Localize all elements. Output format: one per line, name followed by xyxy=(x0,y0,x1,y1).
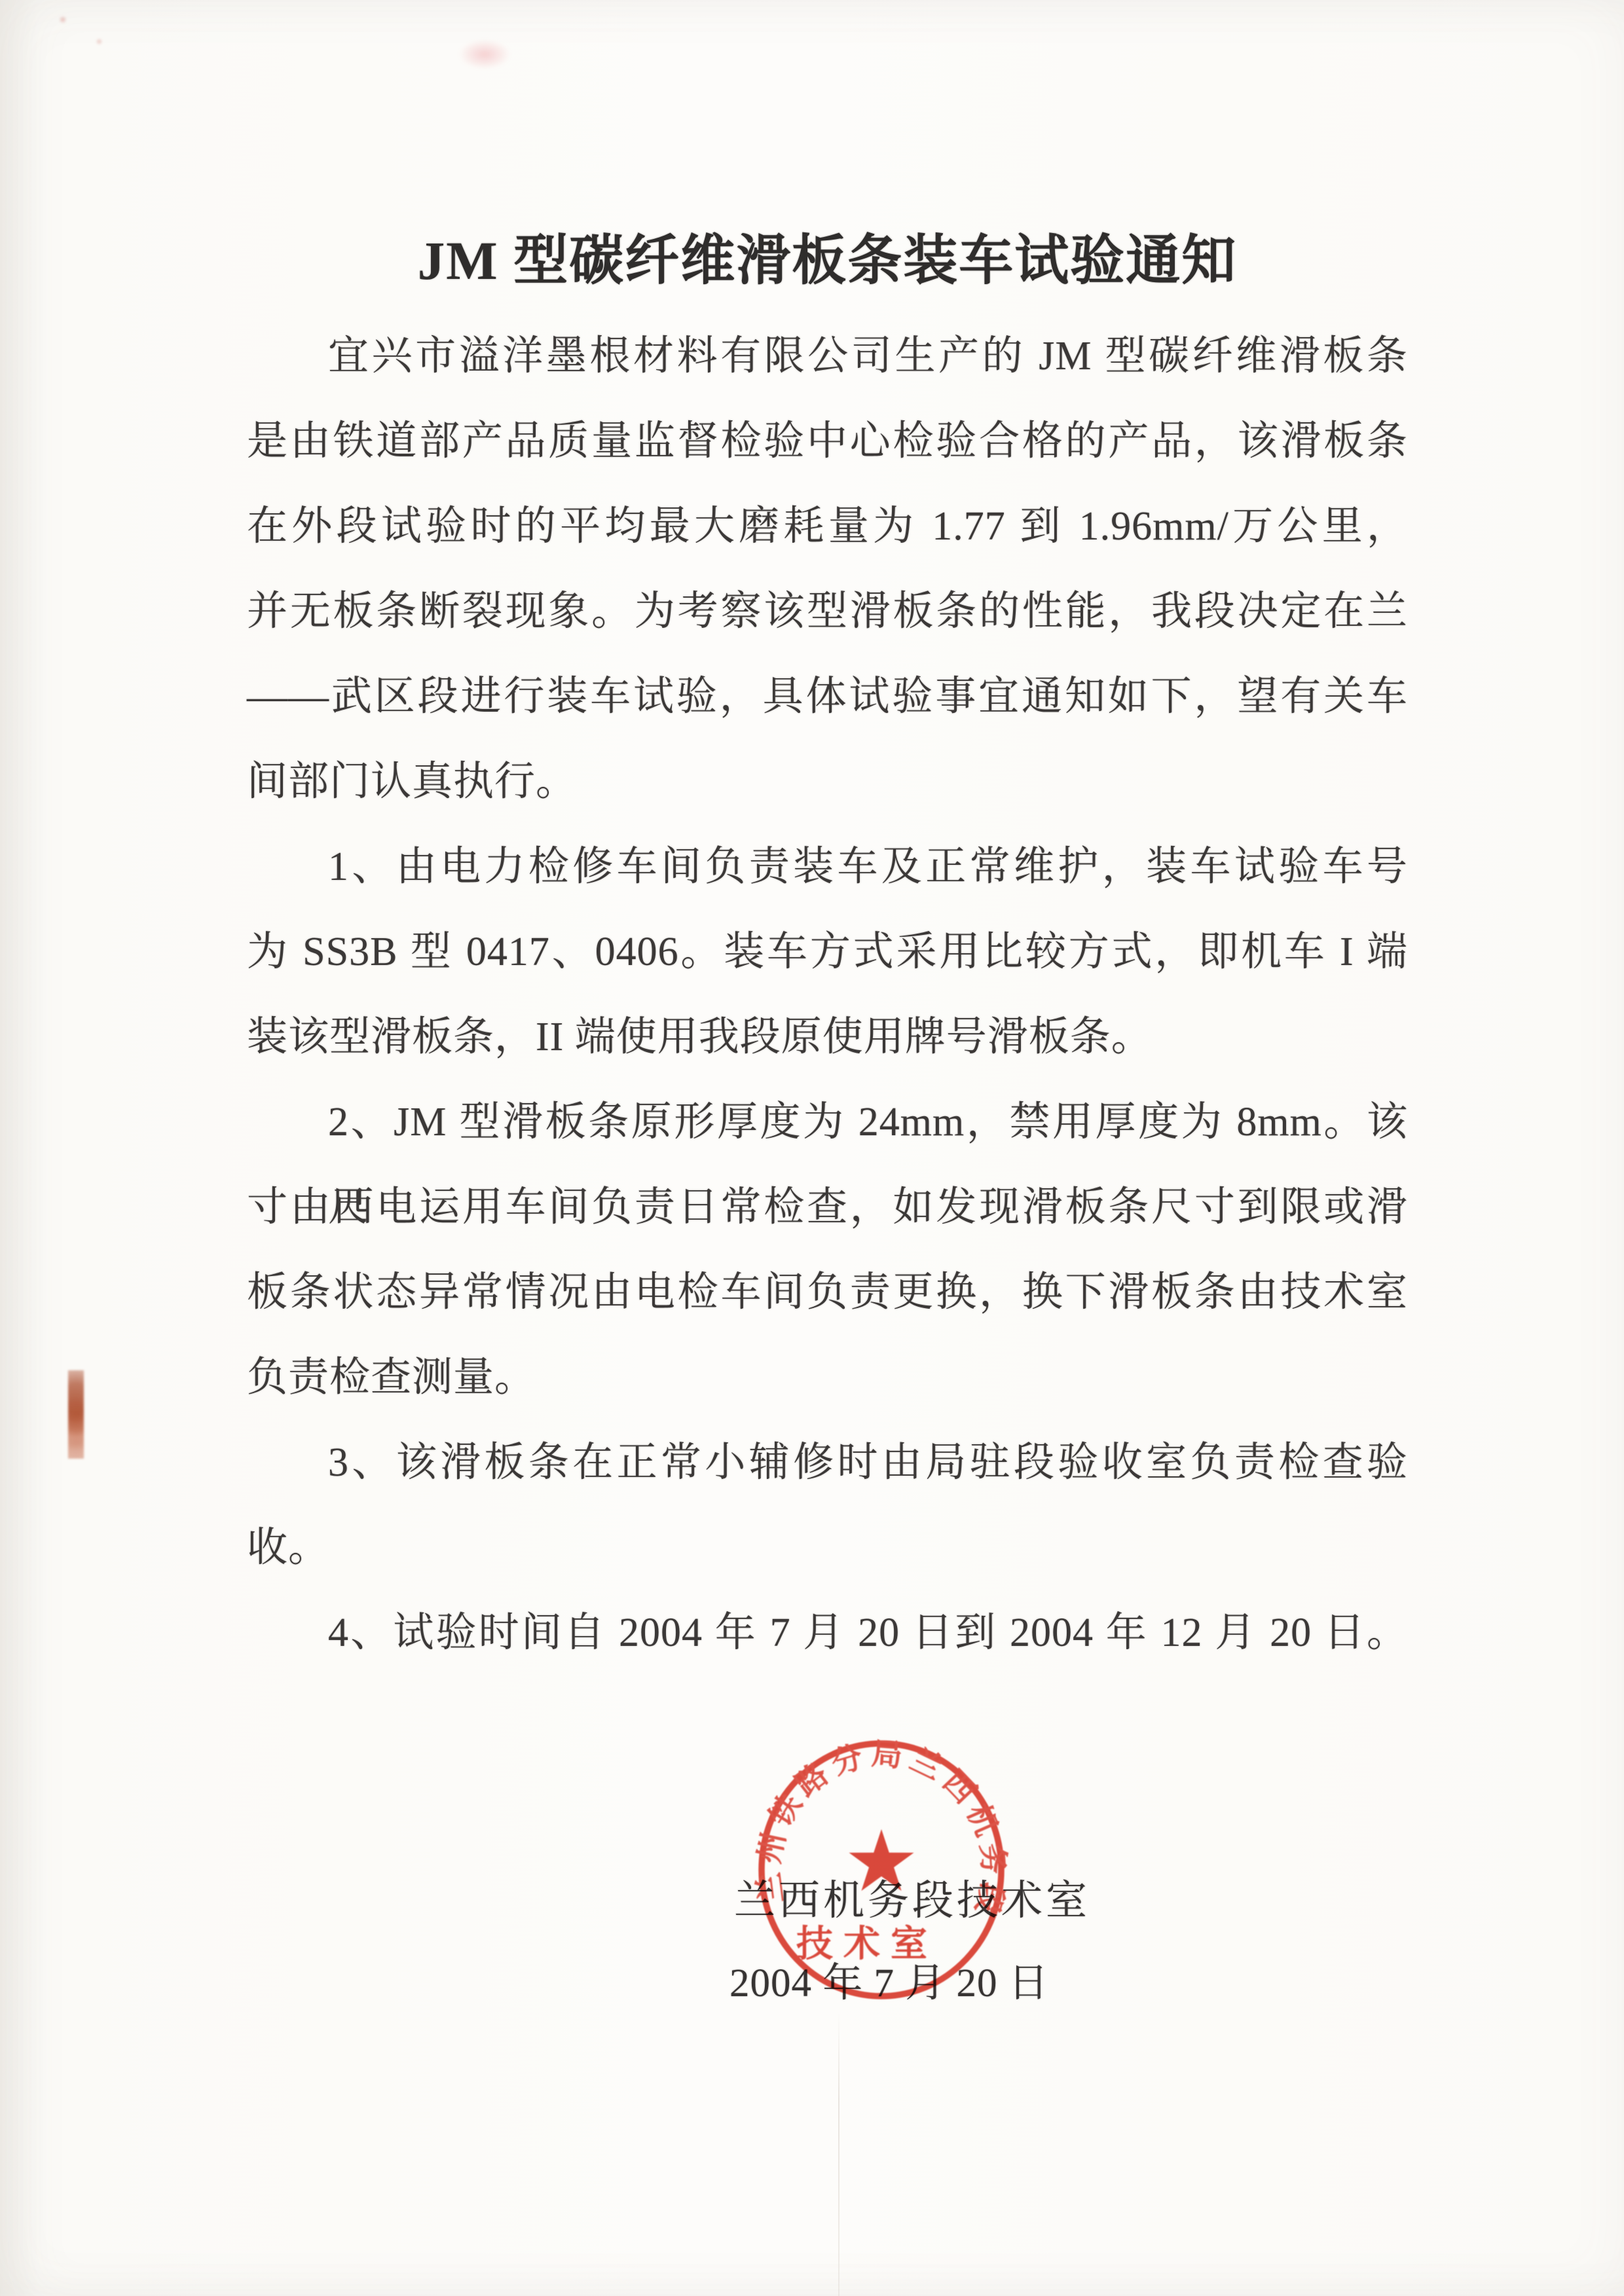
scanned-document-page: JM 型碳纤维滑板条装车试验通知 宜兴市溢洋墨根材料有限公司生产的 JM 型碳纤… xyxy=(0,0,1624,2296)
document-body: 宜兴市溢洋墨根材料有限公司生产的 JM 型碳纤维滑板条 是由铁道部产品质量监督检… xyxy=(247,314,1408,1675)
body-line: 在外段试验时的平均最大磨耗量为 1.77 到 1.96mm/万公里， xyxy=(247,484,1408,569)
official-seal: 兰州铁路分局兰西机务段 技术室 xyxy=(752,1734,1011,2006)
body-line: 板条状态异常情况由电检车间负责更换，换下滑板条由技术室 xyxy=(247,1250,1408,1335)
scan-pink-smudge xyxy=(458,39,511,69)
body-line: 间部门认真执行。 xyxy=(247,739,1408,824)
body-line: 4、试验时间自 2004 年 7 月 20 日到 2004 年 12 月 20 … xyxy=(247,1590,1408,1675)
body-line: 宜兴市溢洋墨根材料有限公司生产的 JM 型碳纤维滑板条 xyxy=(247,314,1408,399)
body-line: 并无板条断裂现象。为考察该型滑板条的性能，我段决定在兰 xyxy=(247,569,1408,654)
body-line: 负责检查测量。 xyxy=(247,1335,1408,1420)
document-title: JM 型碳纤维滑板条装车试验通知 xyxy=(247,216,1408,295)
seal-star-icon xyxy=(849,1829,914,1891)
body-line: 3、该滑板条在正常小辅修时由局驻段验收室负责检查验 xyxy=(247,1420,1408,1505)
body-line: 装该型滑板条，II 端使用我段原使用牌号滑板条。 xyxy=(247,994,1408,1080)
body-line: 寸由西电运用车间负责日常检查，如发现滑板条尺寸到限或滑 xyxy=(247,1165,1408,1250)
body-line: 为 SS3B 型 0417、0406。装车方式采用比较方式，即机车 I 端 xyxy=(247,909,1408,994)
seal-office-text: 技术室 xyxy=(796,1924,938,1965)
scan-fold-line xyxy=(838,2013,840,2296)
scan-speck xyxy=(60,17,65,22)
body-line: ——武区段进行装车试验，具体试验事宜通知如下，望有关车 xyxy=(247,654,1408,739)
body-line: 1、由电力检修车间负责装车及正常维护，装车试验车号 xyxy=(247,824,1408,909)
body-line: 是由铁道部产品质量监督检验中心检验合格的产品，该滑板条 xyxy=(247,399,1408,484)
scan-red-ink-streak xyxy=(68,1370,84,1459)
body-line: 收。 xyxy=(247,1505,1408,1590)
body-line: 2、JM 型滑板条原形厚度为 24mm，禁用厚度为 8mm。该尺 xyxy=(247,1080,1408,1165)
scan-edge-curve xyxy=(0,0,33,174)
scan-speck xyxy=(97,39,101,44)
